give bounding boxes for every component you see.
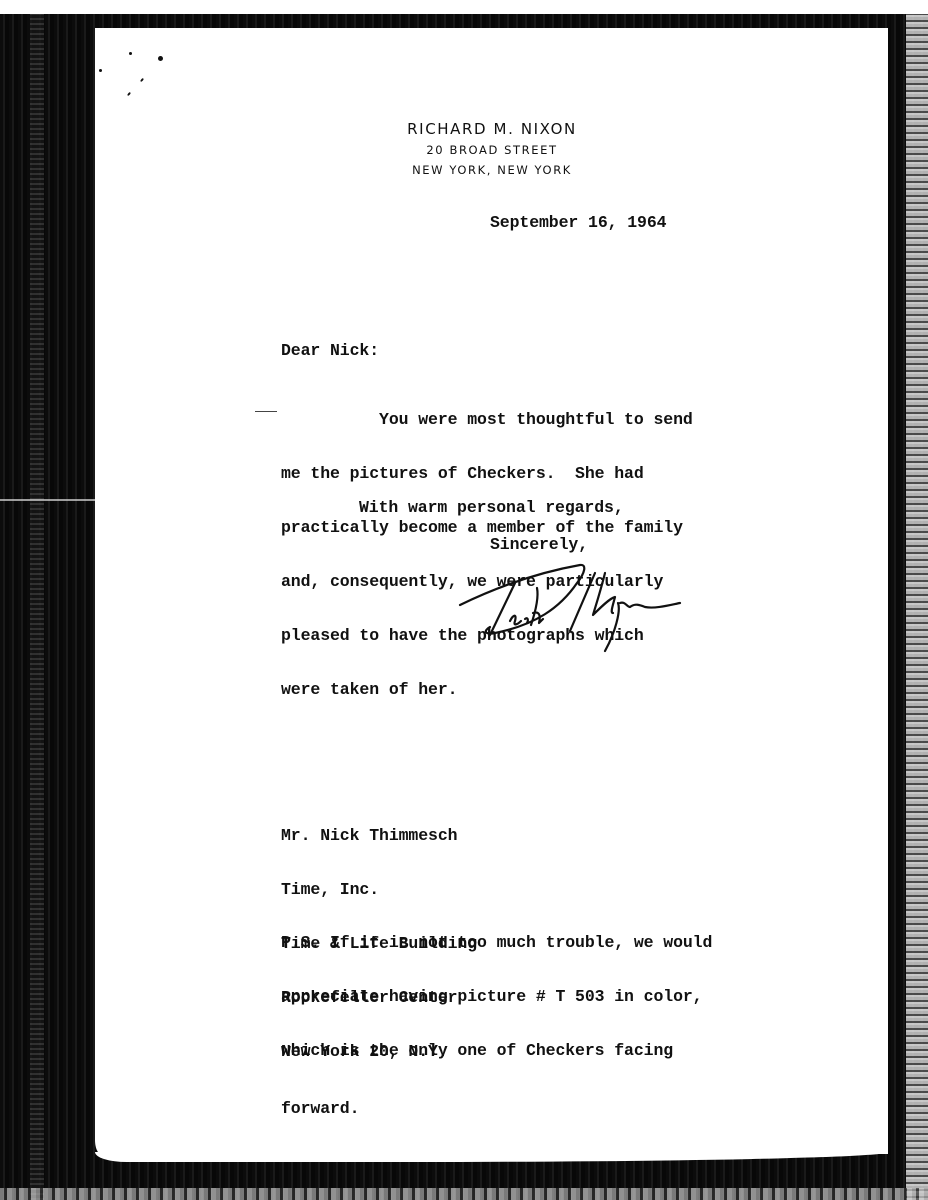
punch-mark <box>158 56 163 61</box>
postscript-line: which is the only one of Checkers facing <box>281 1042 712 1060</box>
recipient-line: Mr. Nick Thimmesch <box>281 827 477 845</box>
letter-page: RICHARD M. NIXON 20 BROAD STREET NEW YOR… <box>95 28 888 1154</box>
scan-top-strip <box>0 0 928 15</box>
letterhead: RICHARD M. NIXON 20 BROAD STREET NEW YOR… <box>95 118 889 180</box>
body-line: You were most thoughtful to send <box>281 411 693 429</box>
postscript-line: forward. <box>281 1100 712 1118</box>
letterhead-street: 20 BROAD STREET <box>95 140 889 160</box>
salutation: Dear Nick: <box>281 342 379 360</box>
body-line: me the pictures of Checkers. She had <box>281 465 693 483</box>
punch-mark <box>127 92 131 96</box>
letterhead-name: RICHARD M. NIXON <box>95 118 889 140</box>
punch-mark <box>99 69 102 72</box>
postscript-line: P.S. If it is not too much trouble, we w… <box>281 934 712 952</box>
body-line: were taken of her. <box>281 681 693 699</box>
scan-artifact-line <box>0 499 96 501</box>
recipient-line: Time, Inc. <box>281 881 477 899</box>
punch-mark <box>129 52 132 55</box>
body-line: practically become a member of the famil… <box>281 519 693 537</box>
postscript-line: appreciate having picture # T 503 in col… <box>281 988 712 1006</box>
signature-image <box>455 553 685 653</box>
postscript: P.S. If it is not too much trouble, we w… <box>281 898 712 1154</box>
sign-off: Sincerely, <box>490 536 588 554</box>
stray-mark <box>255 411 277 412</box>
letterhead-city: NEW YORK, NEW YORK <box>95 160 889 180</box>
closing: With warm personal regards, <box>359 499 624 517</box>
letter-date: September 16, 1964 <box>490 214 666 232</box>
punch-mark <box>140 78 144 82</box>
scan-bottom-edge <box>0 1188 928 1200</box>
